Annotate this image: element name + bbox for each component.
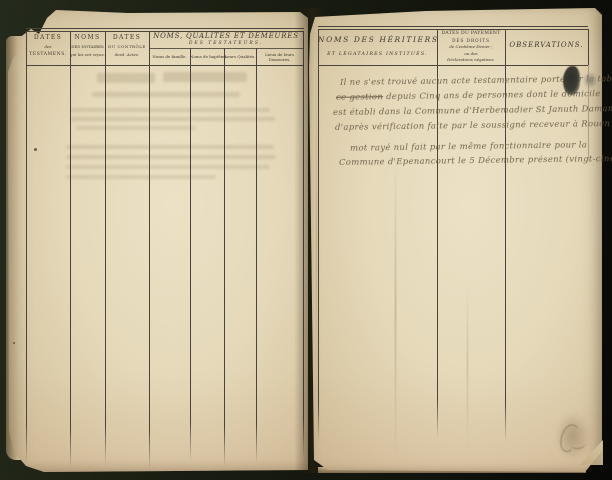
column-rule [149, 65, 150, 470]
right-table: NOMS DES HÉRITIERS ET LÉGATAIRES INSTITU… [318, 26, 588, 441]
header-dates-controle: DATES DU CONTRÔLE desd. Actes. [105, 34, 149, 57]
column-rule [105, 65, 106, 465]
table-border [26, 28, 304, 29]
group-header-subtitle: DES TESTATEURS. [149, 41, 303, 46]
table-border [26, 65, 304, 66]
column-rule [70, 65, 71, 469]
table-border [318, 29, 588, 30]
header-line: Déclarations négatives. [447, 57, 495, 62]
left-table: DATES des TESTAMENS. NOMS DES NOTAIRES q… [26, 28, 304, 440]
header-line: des [45, 44, 52, 49]
header-observations: OBSERVATIONS. [505, 41, 588, 49]
column-rule [190, 65, 191, 461]
header-line: TESTAMENS. [29, 52, 67, 57]
struck-word: ce gestion [336, 92, 383, 103]
header-line: de Centième-Denier ; [449, 44, 492, 49]
subcolumn-famille: Noms de famille. [149, 54, 190, 59]
header-dates-testamens: DATES des TESTAMENS. [26, 34, 70, 57]
scanned-register-spread: DATES des TESTAMENS. NOMS DES NOTAIRES q… [0, 0, 612, 480]
header-payement: DATES DU PAYEMENT DES DROITS de Centième… [437, 31, 505, 62]
header-line: desd. Actes. [115, 52, 140, 57]
header-line: DATES [34, 34, 62, 41]
header-line: DU CONTRÔLE [108, 44, 146, 49]
subcolumn-bapteme: Noms de baptême. [190, 54, 224, 59]
header-heritiers-line2: ET LÉGATAIRES INSTITUÉS. [318, 52, 437, 57]
header-noms-notaires: NOMS DES NOTAIRES qui les ont reçus. [70, 34, 105, 57]
column-rule [318, 65, 319, 441]
header-line: ou des [464, 51, 477, 56]
group-header-title: NOMS, QUALITÉS ET DEMEURES [149, 32, 303, 40]
subcolumn-qualites: Leurs Qualités. [224, 54, 256, 59]
paper-crease [316, 20, 317, 460]
column-rule [588, 29, 589, 65]
table-border [318, 26, 588, 27]
table-border [149, 48, 303, 49]
header-line: DES NOTAIRES [71, 44, 104, 49]
ink-blot [563, 66, 580, 95]
table-border [318, 65, 588, 66]
header-line: NOMS [74, 34, 100, 41]
column-rule [224, 65, 225, 467]
paper-speck [34, 148, 37, 151]
column-rule [256, 65, 257, 463]
header-line: DES DROITS [452, 38, 490, 43]
header-line: qui les ont reçus. [70, 52, 105, 57]
column-rule [26, 65, 27, 463]
header-line: DATES [113, 34, 141, 41]
header-line: DATES DU PAYEMENT [441, 31, 500, 36]
paper-speck [13, 342, 15, 344]
header-heritiers-line1: NOMS DES HÉRITIERS [318, 35, 437, 44]
